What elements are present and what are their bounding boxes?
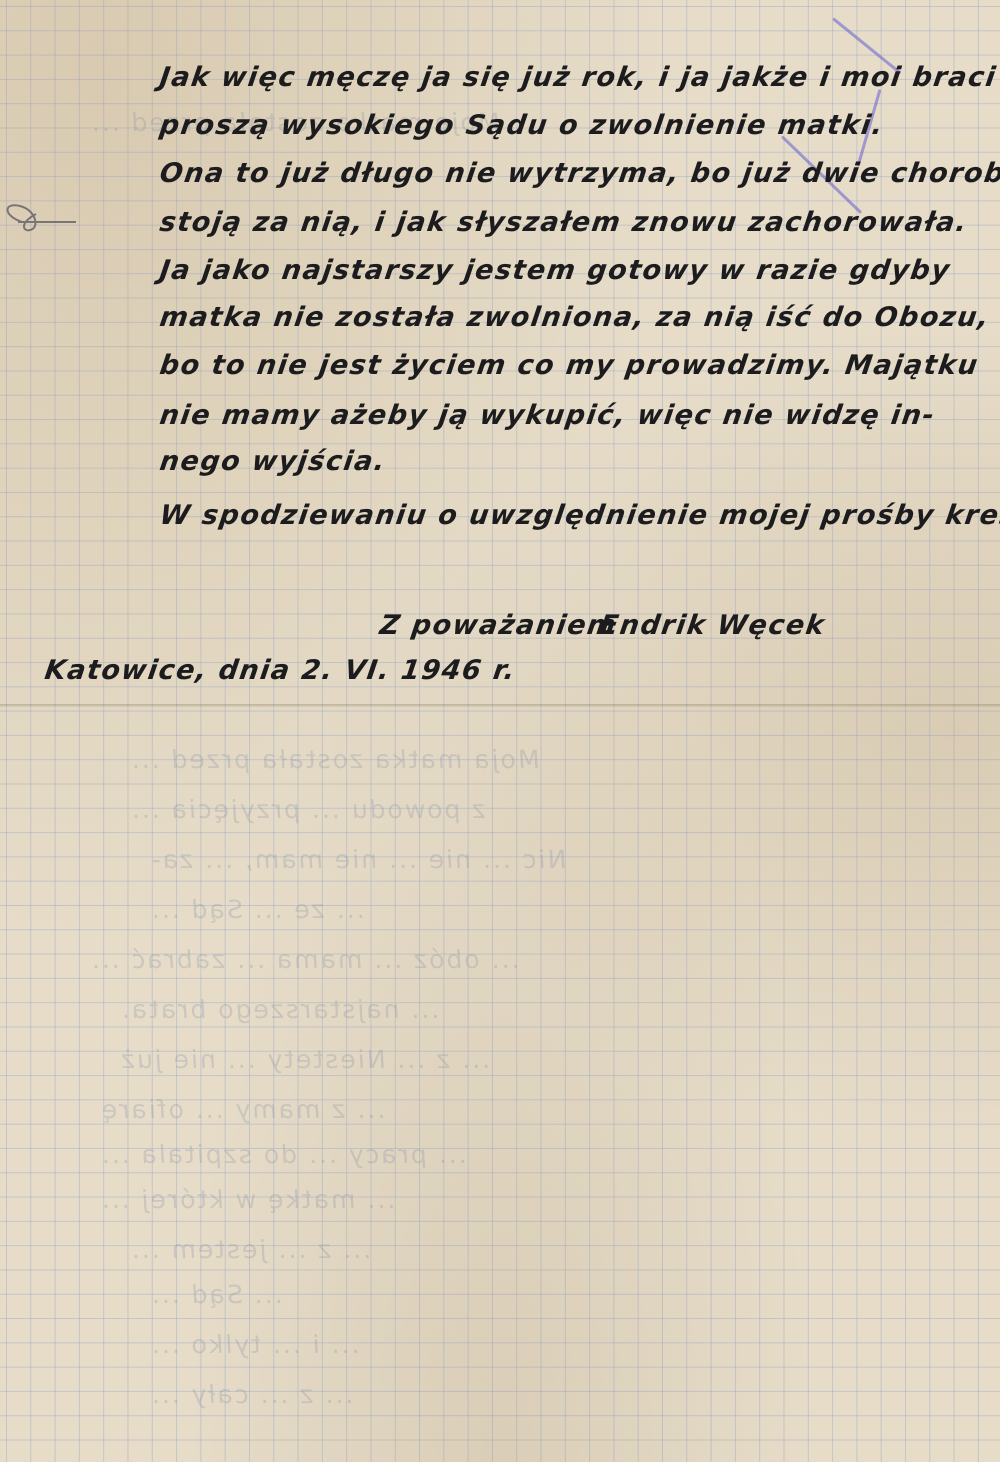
letter-line: Jak więc męczę ja się już rok, i ja jakż…	[158, 62, 999, 93]
bleed-through-line: ... pracy ... do szpitala ...	[98, 1140, 469, 1169]
pencil-margin-mark-icon	[2, 200, 82, 240]
bleed-through-line: ... z ... Niestety ... nie już	[118, 1045, 492, 1074]
bleed-through-line: ... z ... jestem ...	[128, 1235, 373, 1264]
letter-line: Ja jako najstarszy jestem gotowy w razie…	[158, 255, 953, 286]
bleed-through-line: Nic ... nie ... nie mam, ... za-	[148, 845, 568, 874]
letter-line: matka nie została zwolniona, za nią iść …	[158, 302, 992, 333]
letter-line: proszą wysokiego Sądu o zwolnienie matki…	[158, 110, 886, 141]
letter-page: Moja matka została przed ... Moja matka …	[0, 0, 1000, 1462]
letter-line: nego wyjścia.	[158, 446, 388, 477]
letter-line: stoją za nią, i jak słyszałem znowu zach…	[158, 207, 970, 238]
letter-line: bo to nie jest życiem co my prowadzimy. …	[158, 350, 981, 381]
letter-line: W spodziewaniu o uwzględnienie mojej pro…	[158, 500, 1000, 531]
closing-salutation: Z poważaniem	[378, 610, 619, 641]
bleed-through-line: ... ze ... Sąd ...	[148, 895, 367, 924]
bleed-through-line: z powodu ... przyjęcia ...	[128, 795, 488, 824]
bleed-through-line: ... Sąd ...	[148, 1280, 285, 1309]
bleed-through-line: ... matkę w której ...	[98, 1185, 398, 1214]
signature: Endrik Węcek	[598, 610, 828, 641]
bleed-through-line: ... najstarszego brata.	[118, 995, 442, 1024]
bleed-through-line: ... z mamy ... ofiarę	[98, 1095, 388, 1124]
letter-line: Ona to już długo nie wytrzyma, bo już dw…	[158, 158, 1000, 189]
bleed-through-line: ... z ... cały ...	[148, 1380, 356, 1409]
letter-line: nie mamy ażeby ją wykupić, więc nie widz…	[158, 400, 938, 431]
bleed-through-line: ... i ... tylko ...	[148, 1330, 362, 1359]
bleed-through-line: ... obóz ... mama ... zabrać ...	[88, 945, 522, 974]
fold-line	[0, 704, 1000, 707]
bleed-through-line: Moja matka została przed ...	[128, 745, 542, 774]
place-date: Katowice, dnia 2. VI. 1946 r.	[43, 655, 518, 686]
